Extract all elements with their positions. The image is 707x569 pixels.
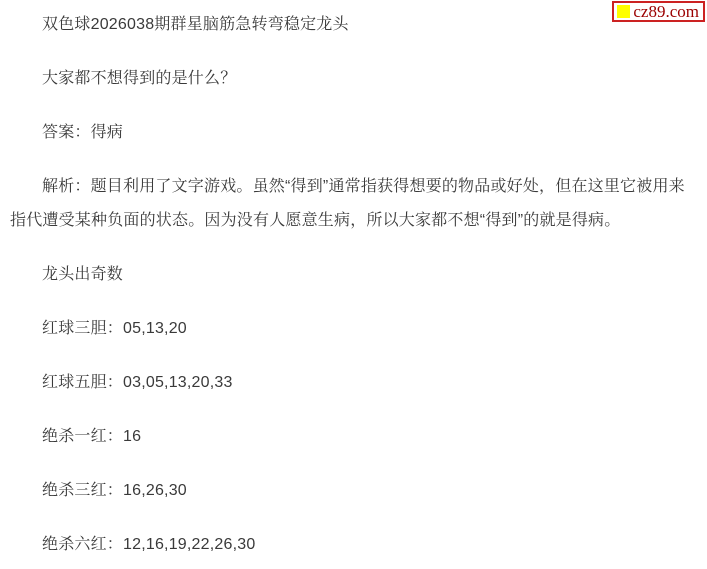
prediction-red-3-dan: 红球三胆：05,13,20	[10, 312, 697, 346]
dragon-head-prediction: 龙头出奇数	[10, 258, 697, 292]
prediction-value: 05,13,20	[123, 320, 187, 337]
riddle-question: 大家都不想得到的是什么？	[10, 62, 697, 96]
prediction-value: 03,05,13,20,33	[123, 374, 233, 391]
prediction-label: 绝杀六红：	[42, 536, 123, 553]
site-logo: cz89.com	[612, 1, 705, 22]
prediction-label: 红球五胆：	[42, 374, 123, 391]
article-body: 双色球2026038期群星脑筋急转弯稳定龙头 大家都不想得到的是什么？ 答案：得…	[0, 0, 707, 562]
article-title: 双色球2026038期群星脑筋急转弯稳定龙头	[10, 8, 697, 42]
prediction-kill-6-red: 绝杀六红：12,16,19,22,26,30	[10, 528, 697, 562]
riddle-analysis: 解析：题目利用了文字游戏。虽然“得到”通常指获得想要的物品或好处，但在这里它被用…	[10, 170, 697, 238]
prediction-value: 16,26,30	[123, 482, 187, 499]
prediction-kill-3-red: 绝杀三红：16,26,30	[10, 474, 697, 508]
logo-yellow-square-icon	[617, 5, 630, 18]
logo-text: cz89.com	[633, 3, 699, 20]
riddle-answer: 答案：得病	[10, 116, 697, 150]
prediction-label: 绝杀一红：	[42, 428, 123, 445]
prediction-red-5-dan: 红球五胆：03,05,13,20,33	[10, 366, 697, 400]
prediction-label: 绝杀三红：	[42, 482, 123, 499]
prediction-kill-1-red: 绝杀一红：16	[10, 420, 697, 454]
prediction-value: 12,16,19,22,26,30	[123, 536, 255, 553]
prediction-label: 红球三胆：	[42, 320, 123, 337]
prediction-value: 16	[123, 428, 141, 445]
